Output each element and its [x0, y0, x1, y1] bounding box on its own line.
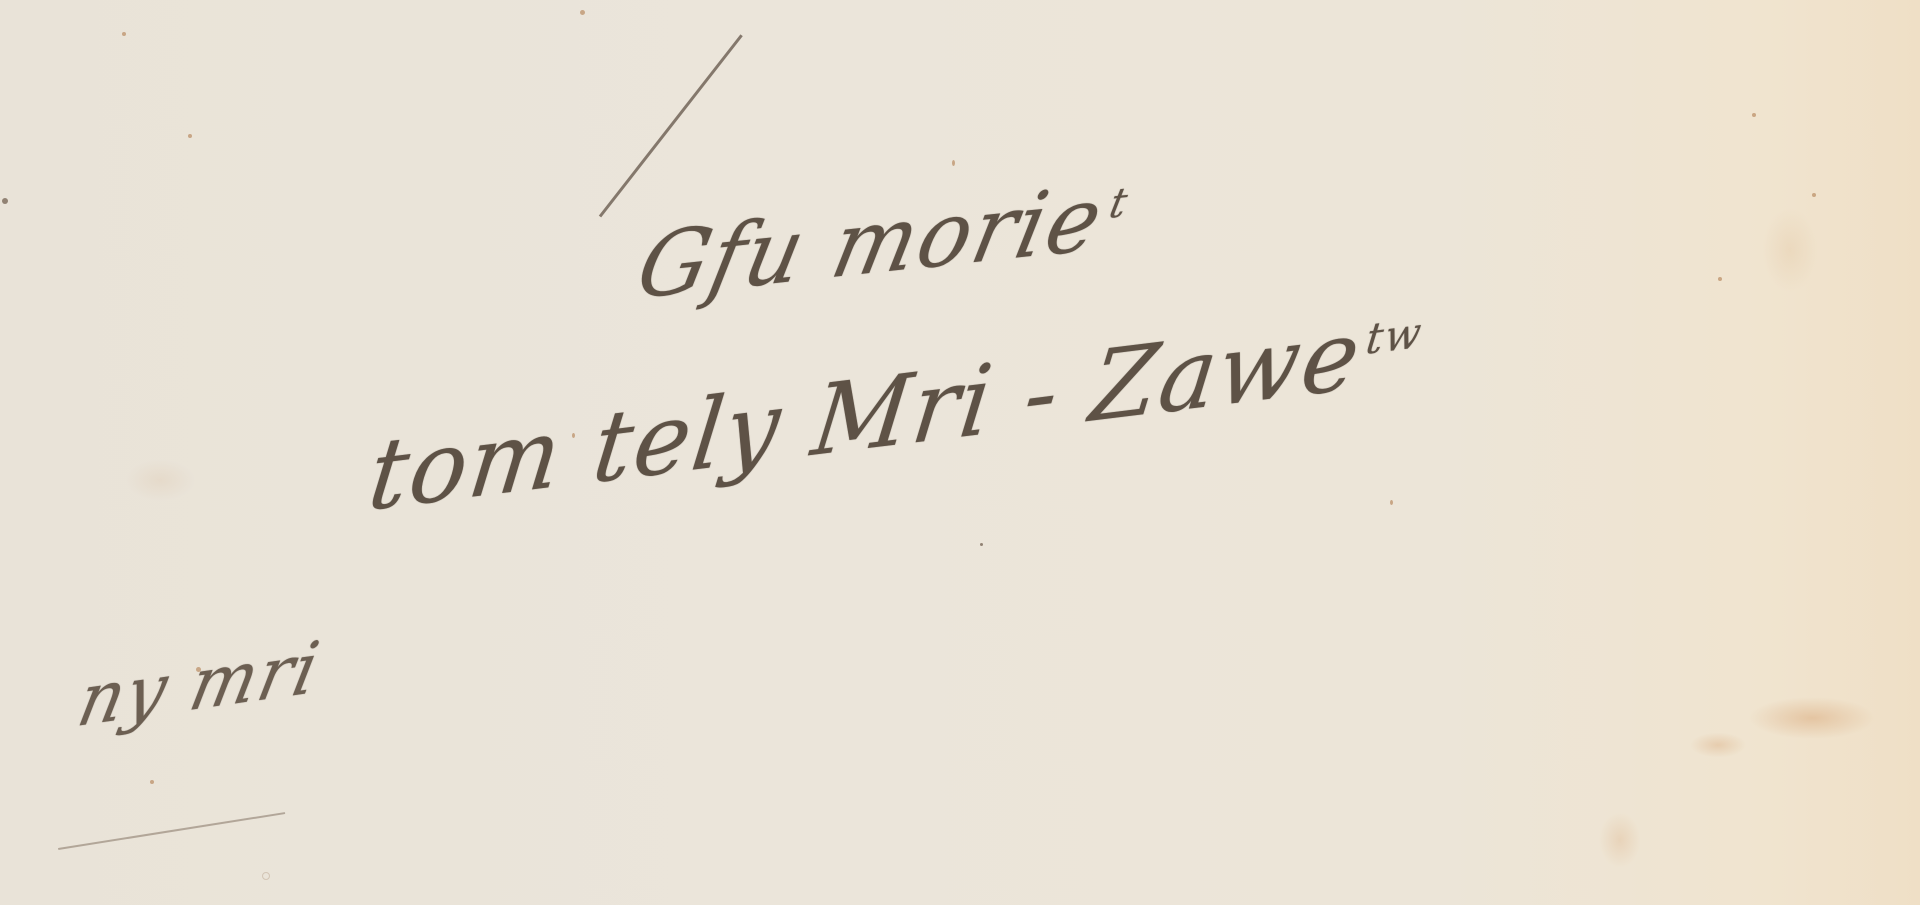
foxing-spot — [1752, 113, 1756, 117]
foxing-spot — [122, 32, 126, 36]
foxing-spot — [952, 160, 955, 166]
foxing-spot — [262, 872, 270, 880]
foxing-spot — [1718, 277, 1722, 281]
foxing-spot — [188, 134, 192, 138]
ink-speck — [980, 543, 983, 546]
foxing-spot — [150, 780, 154, 784]
foxing-spot — [1812, 193, 1816, 197]
handwritten-line-2-superscript: tw — [1363, 307, 1426, 364]
ink-speck — [2, 198, 8, 204]
foxing-spot — [1390, 500, 1393, 505]
foxing-spot — [580, 10, 585, 15]
